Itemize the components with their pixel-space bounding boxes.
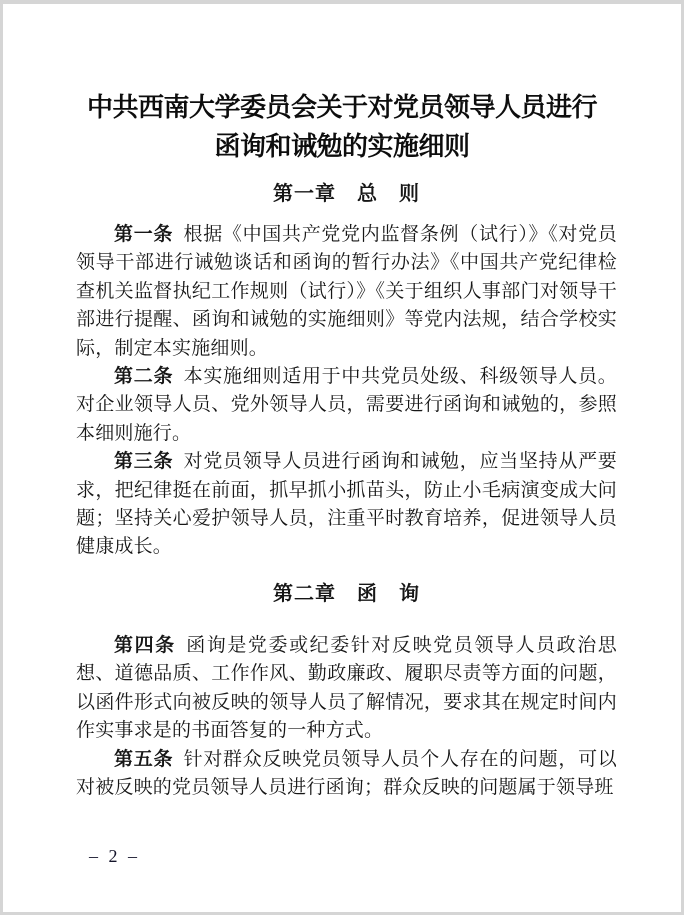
page-number: – 2 – (89, 846, 140, 867)
article-4: 第四条函询是党委或纪委针对反映党员领导人员政治思想、道德品质、工作作风、勤政廉政… (76, 632, 617, 746)
chapter-1-heading: 第一章 总 则 (76, 182, 617, 206)
article-3: 第三条对党员领导人员进行函询和诫勉，应当坚持从严要求，把纪律挺在前面，抓早抓小抓… (76, 448, 617, 562)
document-body: 第一章 总 则 第一条根据《中国共产党党内监督条例（试行）》《对党员领导干部进行… (3, 182, 681, 802)
document-title: 中共西南大学委员会关于对党员领导人员进行 函询和诫勉的实施细则 (41, 88, 643, 166)
article-2-label: 第二条 (114, 366, 173, 387)
document-page: 中共西南大学委员会关于对党员领导人员进行 函询和诫勉的实施细则 第一章 总 则 … (0, 0, 684, 915)
article-4-label: 第四条 (114, 635, 176, 656)
document-title-line-1: 中共西南大学委员会关于对党员领导人员进行 (87, 93, 597, 122)
document-title-line-2: 函询和诫勉的实施细则 (214, 132, 469, 161)
article-1: 第一条根据《中国共产党党内监督条例（试行）》《对党员领导干部进行诫勉谈话和函询的… (76, 221, 617, 363)
article-2: 第二条本实施细则适用于中共党员处级、科级领导人员。对企业领导人员、党外领导人员，… (76, 363, 617, 448)
article-5-label: 第五条 (114, 749, 173, 770)
article-5: 第五条针对群众反映党员领导人员个人存在的问题，可以对被反映的党员领导人员进行函询… (76, 746, 617, 803)
article-1-label: 第一条 (114, 224, 173, 245)
article-3-label: 第三条 (114, 451, 173, 472)
chapter-2-heading: 第二章 函 询 (76, 582, 617, 606)
